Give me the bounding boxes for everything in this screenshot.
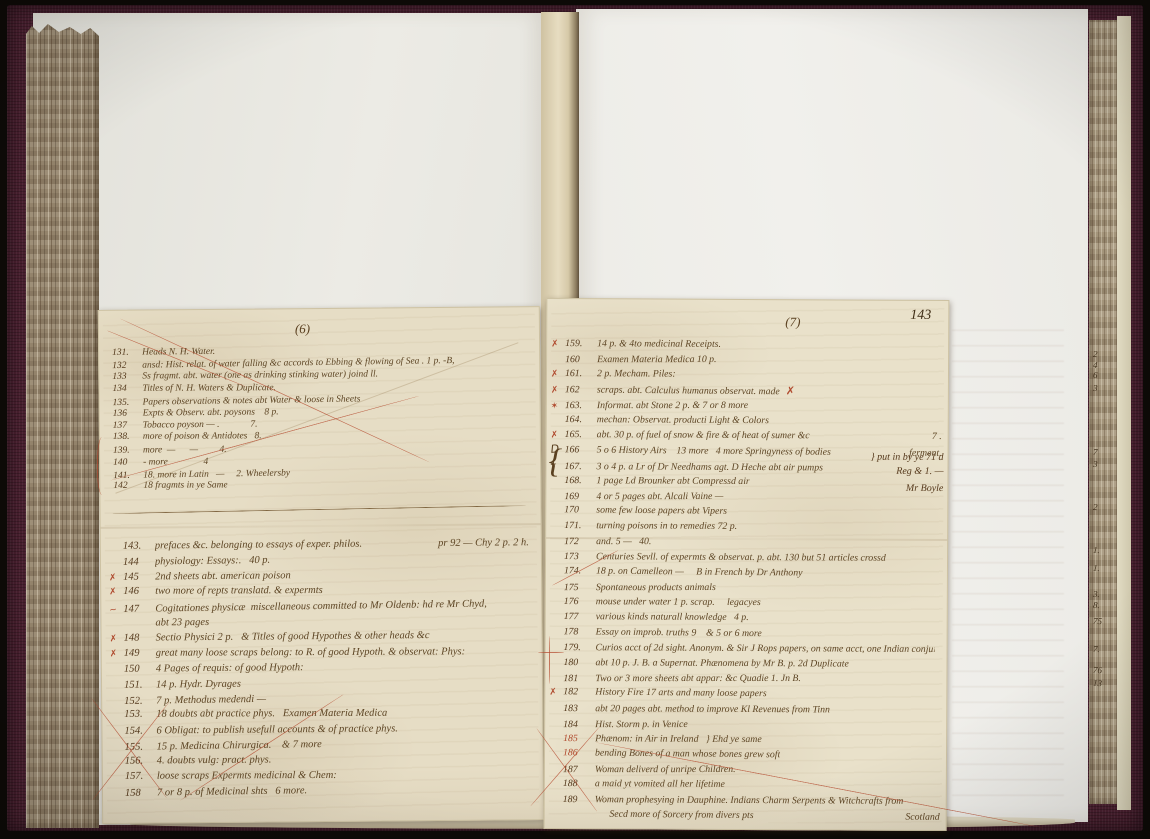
- entry-number: 164.: [565, 412, 597, 427]
- entry-number: 177: [564, 609, 596, 624]
- catalog-entry-row: ✗149great many loose scraps belong: to R…: [110, 644, 534, 661]
- entry-text: physiology: Essays:. 40 p.: [155, 553, 270, 570]
- entry-number: 143.: [123, 538, 155, 554]
- margin-mark: [550, 664, 564, 665]
- margin-mark: †: [550, 457, 565, 474]
- catalog-entry-row: ✗159.14 p. & 4to medicinal Receipts.: [551, 336, 946, 353]
- entry-text: 4 Pages of requis: of good Hypoth:: [156, 660, 304, 677]
- margin-mark: ✗: [549, 685, 564, 701]
- entry-number: 145: [123, 569, 155, 585]
- margin-mark: [110, 703, 124, 705]
- catalog-entry-row: 175Spontaneous products animals: [550, 580, 945, 596]
- margin-mark: [550, 482, 564, 483]
- fore-edge-number: 2: [1093, 502, 1098, 512]
- side-note-mr-boyle: } put in by ye 71 dReg & 1. —Mr Boyle: [870, 451, 943, 496]
- entry-number: 135.: [112, 396, 142, 409]
- left-entries-upper: 131.Heads N. H. Water. 132ansd: Hist. re…: [107, 343, 532, 493]
- entry-text: more — — 4.: [143, 443, 227, 456]
- left-manuscript-page: (6) 131.Heads N. H. Water. 132ansd: Hist…: [98, 306, 544, 824]
- margin-mark: ✗: [108, 584, 124, 601]
- entry-number: 179.: [564, 640, 596, 655]
- margin-mark: [550, 619, 564, 620]
- entry-number: 149: [124, 645, 156, 661]
- margin-mark: [549, 740, 563, 741]
- margin-mark: [110, 625, 124, 627]
- entry-number: 158: [125, 786, 157, 802]
- entry-text: Phænom: in Air in Ireland } Ehd ye same: [595, 731, 762, 747]
- entry-text: two more of repts translatd. & expermts: [155, 583, 323, 599]
- entry-number: 166: [565, 443, 597, 459]
- open-book-photo: 24637321.1.3.8.757.7613 (6) 131.Heads N.…: [0, 0, 1150, 839]
- catalog-entry-row: 160Examen Materia Medica 10 p.: [551, 352, 946, 368]
- margin-mark: [110, 671, 124, 673]
- entry-text: Secd more of Sorcery from divers pts: [595, 806, 754, 823]
- entry-number: 136: [113, 407, 143, 419]
- margin-mark: [550, 498, 564, 499]
- catalog-entry-row: 14218 fragmts in ye Same: [108, 478, 532, 492]
- entry-number: 188: [563, 776, 595, 791]
- margin-mark: [549, 801, 563, 802]
- margin-mark: ✗: [109, 646, 125, 663]
- bleedthrough-text: [952, 328, 1064, 810]
- entry-number: 133: [112, 371, 142, 383]
- margin-mark: [550, 544, 564, 545]
- fore-edge-number: 6: [1093, 370, 1098, 380]
- margin-mark: [549, 786, 563, 787]
- entry-number: 151.: [124, 677, 156, 693]
- margin-mark: ✗: [550, 382, 565, 398]
- entry-text: 14 p. Hydr. Dyrages: [156, 676, 241, 692]
- red-margin-brace: [97, 437, 107, 495]
- entry-number: 142: [113, 480, 143, 492]
- entry-text: Informat. abt Stone 2 p. & 7 or 8 more: [597, 398, 748, 413]
- entry-number: 138.: [113, 431, 143, 443]
- side-note-line: Reg & 1. —: [871, 465, 944, 479]
- entry-number: 146: [123, 584, 155, 600]
- red-margin-cross: [549, 636, 550, 684]
- page-number-left: (6): [295, 321, 310, 337]
- catalog-entry-row: 184Hist. Storm p. in Venice: [549, 717, 944, 733]
- margin-mark: [549, 710, 563, 711]
- entry-text: 14 p. & 4to medicinal Receipts.: [597, 336, 721, 352]
- entry-number: 180: [563, 655, 595, 670]
- margin-mark: [550, 558, 564, 559]
- margin-mark: [111, 795, 125, 797]
- red-x-mark: ✗: [786, 383, 795, 398]
- entry-number: 171.: [564, 518, 596, 533]
- fore-edge-number: 1.: [1093, 545, 1100, 555]
- entry-text: more of poison & Antidotes 8.: [143, 431, 262, 444]
- entry-number: 183: [563, 701, 595, 716]
- catalog-entry-row: Secd more of Sorcery from divers ptsScot…: [549, 806, 944, 825]
- left-page-edge-stack: [26, 24, 99, 828]
- entry-text: 18 doubts abt practice phys. Examen Mate…: [156, 706, 387, 722]
- entry-number: 170: [564, 502, 596, 518]
- margin-mark: ✶: [550, 398, 566, 415]
- catalog-entry-row: 171.turning poisons in to remedies 72 p.: [550, 518, 945, 535]
- entry-text: 18 p. on Camelleon — B in French by Dr A…: [596, 563, 803, 580]
- fore-edge-number: 3: [1093, 383, 1098, 393]
- red-margin-cross: [538, 652, 564, 653]
- entry-tail: 7 .: [932, 429, 946, 444]
- entry-number: 131.: [112, 347, 142, 359]
- entry-text: abt 10 p. J. B. a Supernat. Phænomena by…: [595, 655, 848, 672]
- entry-text: Essay on improb. truths 9 & 5 or 6 more: [596, 624, 762, 641]
- entry-number: 160: [565, 352, 597, 367]
- margin-mark: ✗: [550, 336, 565, 353]
- entry-text: great many loose scraps belong: to R. of…: [156, 644, 465, 661]
- entry-text: loose scraps Expermts medicinal & Chem:: [157, 768, 337, 784]
- entry-text: Titles of N. H. Waters & Duplicate.: [142, 382, 276, 395]
- entry-text: Spontaneous products animals: [596, 580, 716, 595]
- margin-mark: [550, 572, 564, 573]
- entry-text: 1 page Ld Brounker abt Compressd air: [596, 473, 749, 489]
- entry-text: Hist. Storm p. in Venice: [595, 717, 688, 732]
- entry-text: Sectio Physici 2 p. & Titles of good Hyp…: [156, 628, 430, 646]
- fore-edge-number: 2: [1093, 349, 1098, 359]
- entry-text: Examen Materia Medica 10 p.: [597, 352, 716, 367]
- catalog-entry-row: ✶163.Informat. abt Stone 2 p. & 7 or 8 m…: [551, 398, 946, 414]
- margin-mark: [551, 421, 565, 422]
- entry-text: a maid yt vomited all her lifetime: [595, 777, 725, 793]
- fore-edge-numbers: 24637321.1.3.8.757.7613: [1089, 0, 1119, 839]
- margin-mark: [549, 815, 563, 816]
- entry-number: 176: [564, 594, 596, 609]
- margin-mark: [109, 565, 123, 567]
- entry-number: 189: [563, 792, 595, 807]
- margin-mark: [111, 763, 125, 765]
- margin-mark: [550, 603, 564, 604]
- entry-number: 153.: [124, 707, 156, 723]
- entry-tail: Scotland: [905, 809, 943, 825]
- left-entries-lower: 143.prefaces &c. belonging to essays of …: [109, 535, 535, 800]
- margin-mark: [549, 726, 563, 727]
- fore-edge-number: 13: [1093, 678, 1103, 688]
- entry-number: 157.: [125, 769, 157, 785]
- entry-text: various kinds naturall knowledge 4 p.: [596, 610, 749, 626]
- entry-number: 175: [564, 580, 596, 595]
- margin-mark: [550, 649, 564, 650]
- entry-number: 178: [564, 624, 596, 640]
- side-note-line: } put in by ye 71 d: [871, 451, 944, 465]
- margin-mark: [550, 589, 564, 590]
- entry-text: 2nd sheets abt. american poison: [155, 568, 291, 585]
- right-manuscript-page: (7) 143 { ✗159.14 p. & 4to medicinal Rec…: [544, 298, 950, 831]
- margin-mark: [550, 528, 564, 529]
- fore-edge-number: 1.: [1093, 563, 1100, 573]
- entry-text: 7 or 8 p. of Medicinal shts 6 more.: [157, 783, 307, 801]
- catalog-entry-row: 138.more of poison & Antidotes 8.: [108, 429, 532, 443]
- entry-text: mechan: Observat. producti Light & Color…: [597, 412, 769, 428]
- entry-text: mouse under water 1 p. scrap. legacyes: [596, 594, 761, 610]
- entry-text: 18 fragmts in ye Same: [143, 479, 227, 492]
- entry-number: 159.: [565, 336, 597, 351]
- catalog-entry-row: 180abt 10 p. J. B. a Supernat. Phænomena…: [549, 655, 944, 672]
- entry-number: 134: [112, 382, 142, 394]
- entry-number: 173: [564, 549, 596, 564]
- margin-mark: [550, 633, 564, 634]
- fore-edge-number: 8.: [1093, 600, 1100, 610]
- margin-mark: [111, 749, 125, 751]
- fore-edge-number: 3.: [1093, 589, 1100, 599]
- side-note-line: Mr Boyle: [870, 482, 943, 496]
- entry-number: 167.: [564, 459, 596, 474]
- entry-text: 15 p. Medicina Chirurgica. & 7 more: [156, 737, 321, 755]
- margin-mark: [109, 548, 123, 550]
- entry-number: 147: [123, 601, 155, 617]
- entry-text: 5 o 6 History Airs 13 more 4 more Spring…: [597, 443, 831, 460]
- entry-number: 163.: [565, 398, 597, 413]
- entry-text: 4. doubts vulg: pract. phys.: [157, 753, 272, 769]
- entry-number: 184: [563, 717, 595, 732]
- entry-number: 185: [563, 731, 595, 746]
- entry-number: 168.: [564, 473, 596, 488]
- right-inner-guard: [1117, 16, 1131, 810]
- margin-mark: [111, 778, 125, 780]
- entry-number: 165.: [565, 427, 597, 442]
- margin-mark: ~: [109, 602, 125, 619]
- entry-number: 182: [563, 685, 595, 701]
- folio-number: 143: [910, 308, 931, 324]
- margin-mark: [550, 512, 564, 513]
- paper-fold-line: [101, 523, 541, 529]
- entry-text: abt 20 pages abt. method to improve Kl R…: [595, 701, 830, 717]
- fore-edge-number: 4: [1093, 360, 1098, 370]
- margin-mark: [110, 687, 124, 689]
- fore-edge-number: 75: [1093, 616, 1103, 626]
- margin-mark: D: [550, 441, 565, 457]
- entry-number: 148: [124, 631, 156, 647]
- catalog-entry-row: 178Essay on improb. truths 9 & 5 or 6 mo…: [550, 624, 945, 643]
- entry-text: History Fire 17 arts and many loose pape…: [595, 685, 766, 702]
- page-number-right: (7): [785, 314, 800, 330]
- entry-number: 150: [124, 662, 156, 678]
- fore-edge-number: 3: [1093, 459, 1098, 469]
- entry-number: 144: [123, 555, 155, 571]
- entry-number: 162: [565, 382, 597, 398]
- entry-text: scraps. abt. Calculus humanus observat. …: [597, 382, 780, 399]
- entry-text: some few loose papers abt Vipers: [596, 503, 727, 519]
- fore-edge-number: 7.: [1093, 644, 1100, 654]
- entry-number: 139.: [113, 444, 143, 456]
- catalog-entry-row: ✗162scraps. abt. Calculus humanus observ…: [551, 381, 946, 400]
- entry-number: 140: [113, 456, 143, 468]
- entry-text: 2 p. Mecham. Piles:: [597, 367, 676, 383]
- fore-edge-number: 76: [1093, 665, 1103, 675]
- entry-text: abt 23 pages: [155, 615, 209, 631]
- ink-rule-divider: [113, 505, 527, 514]
- margin-mark: [110, 716, 124, 718]
- catalog-entry-row: 183abt 20 pages abt. method to improve K…: [549, 700, 944, 717]
- fore-edge-number: 7: [1093, 447, 1098, 457]
- entry-text: turning poisons in to remedies 72 p.: [596, 518, 737, 534]
- margin-mark: [551, 362, 565, 363]
- margin-mark: [549, 681, 563, 682]
- entry-number: 161.: [565, 366, 597, 381]
- right-entries: ✗159.14 p. & 4to medicinal Receipts. 160…: [549, 336, 947, 824]
- entry-number: 132: [112, 360, 142, 373]
